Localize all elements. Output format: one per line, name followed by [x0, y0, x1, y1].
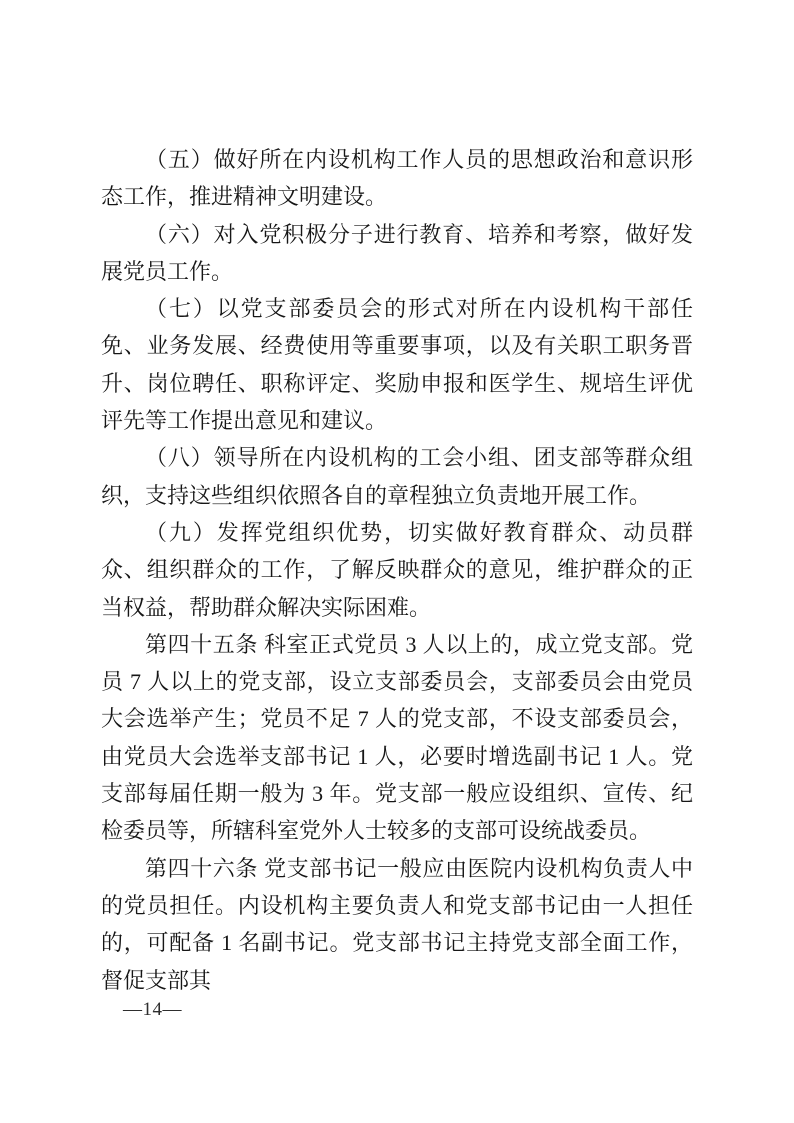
document-body: （五）做好所在内设机构工作人员的思想政治和意识形态工作，推进精神文明建设。 （六…	[101, 141, 693, 999]
paragraph-clause-9: （九）发挥党组织优势，切实做好教育群众、动员群众、组织群众的工作，了解反映群众的…	[101, 514, 693, 626]
paragraph-clause-6: （六）对入党积极分子进行教育、培养和考察，做好发展党员工作。	[101, 216, 693, 291]
paragraph-clause-7: （七）以党支部委员会的形式对所在内设机构干部任免、业务发展、经费使用等重要事项，…	[101, 290, 693, 439]
paragraph-article-45: 第四十五条 科室正式党员 3 人以上的，成立党支部。党员 7 人以上的党支部，设…	[101, 626, 693, 850]
paragraph-clause-8: （八）领导所在内设机构的工会小组、团支部等群众组织，支持这些组织依照各自的章程独…	[101, 439, 693, 514]
paragraph-clause-5: （五）做好所在内设机构工作人员的思想政治和意识形态工作，推进精神文明建设。	[101, 141, 693, 216]
page-number: —14—	[123, 999, 182, 1021]
paragraph-article-46: 第四十六条 党支部书记一般应由医院内设机构负责人中的党员担任。内设机构主要负责人…	[101, 850, 693, 999]
document-page: （五）做好所在内设机构工作人员的思想政治和意识形态工作，推进精神文明建设。 （六…	[0, 0, 794, 1123]
